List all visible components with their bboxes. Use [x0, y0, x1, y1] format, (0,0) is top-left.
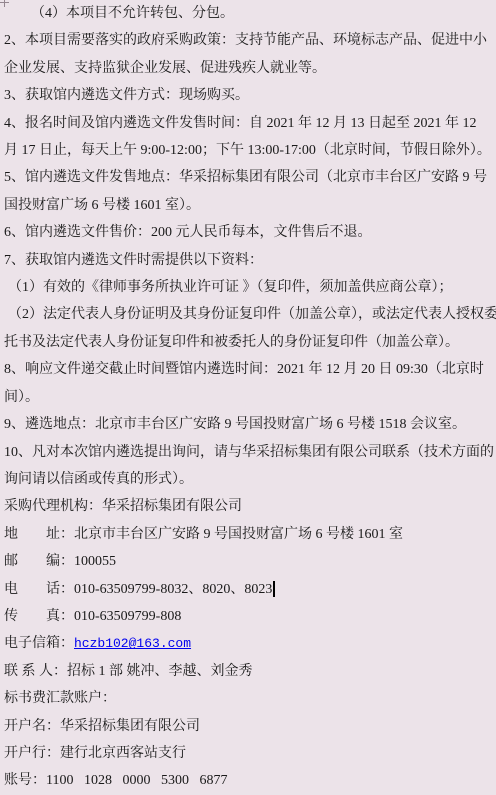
document-page: （4）本项目不允许转包、分包。2、本项目需要落实的政府采购政策：支持节能产品、环… — [0, 0, 496, 795]
line-text: 询问请以信函或传真的形式）。 — [4, 472, 193, 487]
line-text: 月 17 日止，每天上午 9:00-12:00；下午 13:00-17:00（北… — [4, 143, 491, 158]
line-text: 开户名：华采招标集团有限公司 — [4, 719, 200, 734]
text-line: 间）。 — [4, 384, 496, 411]
line-text: 4、报名时间及馆内遴选文件发售时间：自 2021 年 12 月 13 日起至 2… — [4, 116, 477, 131]
text-line: 采购代理机构：华采招标集团有限公司 — [4, 493, 496, 520]
line-text: 间）。 — [4, 390, 39, 405]
text-line: 账号：1100 1028 0000 5300 6877 — [4, 767, 496, 794]
line-text: （2）法定代表人身份证明及其身份证复印件（加盖公章），或法定代表人授权委 — [8, 307, 496, 322]
text-line: （4）本项目不允许转包、分包。 — [4, 0, 496, 27]
line-text: 8、响应文件递交截止时间暨馆内遴选时间：2021 年 12 月 20 日 09:… — [4, 362, 484, 377]
text-line: 月 17 日止，每天上午 9:00-12:00；下午 13:00-17:00（北… — [4, 137, 496, 164]
line-text: 9、遴选地点：北京市丰台区广安路 9 号国投财富广场 6 号楼 1518 会议室… — [4, 417, 466, 432]
text-line: （2）法定代表人身份证明及其身份证复印件（加盖公章），或法定代表人授权委 — [4, 301, 496, 328]
text-line: 邮 编：100055 — [4, 548, 496, 575]
text-line: 10、凡对本次馆内遴选提出询问，请与华采招标集团有限公司联系（技术方面的 — [4, 439, 496, 466]
text-line: 7、获取馆内遴选文件时需提供以下资料： — [4, 247, 496, 274]
text-line: 9、遴选地点：北京市丰台区广安路 9 号国投财富广场 6 号楼 1518 会议室… — [4, 411, 496, 438]
line-text: 联 系 人：招标 1 部 姚冲、李越、刘金秀 — [4, 664, 253, 679]
line-text: 3、获取馆内遴选文件方式：现场购买。 — [4, 88, 249, 103]
text-line: 开户行：建行北京西客站支行 — [4, 740, 496, 767]
line-text: （4）本项目不允许转包、分包。 — [31, 6, 234, 21]
line-text: 托书及法定代表人身份证复印件和被委托人的身份证复印件（加盖公章）。 — [4, 335, 459, 350]
document-body[interactable]: （4）本项目不允许转包、分包。2、本项目需要落实的政府采购政策：支持节能产品、环… — [4, 0, 496, 795]
line-text: 采购代理机构：华采招标集团有限公司 — [4, 499, 242, 514]
text-line: 4、报名时间及馆内遴选文件发售时间：自 2021 年 12 月 13 日起至 2… — [4, 110, 496, 137]
text-line: 国投财富广场 6 号楼 1601 室）。 — [4, 192, 496, 219]
text-line: 托书及法定代表人身份证复印件和被委托人的身份证复印件（加盖公章）。 — [4, 329, 496, 356]
text-line: 标书费汇款账户： — [4, 685, 496, 712]
text-line: 8、响应文件递交截止时间暨馆内遴选时间：2021 年 12 月 20 日 09:… — [4, 356, 496, 383]
text-line: 电 话：010-63509799-8032、8020、8023 — [4, 576, 496, 603]
line-text: 电子信箱： — [4, 636, 74, 651]
line-text: 电 话：010-63509799-8032、8020、8023 — [4, 582, 272, 597]
line-text: 账号：1100 1028 0000 5300 6877 — [4, 773, 227, 788]
line-text: 邮 编：100055 — [4, 554, 116, 569]
line-text: 国投财富广场 6 号楼 1601 室）。 — [4, 198, 200, 213]
line-text: 地 址：北京市丰台区广安路 9 号国投财富广场 6 号楼 1601 室 — [4, 527, 403, 542]
text-line: 开户名：华采招标集团有限公司 — [4, 713, 496, 740]
line-text: 企业发展、支持监狱企业发展、促进残疾人就业等。 — [4, 61, 326, 76]
text-line: 电子信箱：hczb102@163.com — [4, 630, 496, 657]
text-line: 询问请以信函或传真的形式）。 — [4, 466, 496, 493]
text-line: 地 址：北京市丰台区广安路 9 号国投财富广场 6 号楼 1601 室 — [4, 521, 496, 548]
line-text: 2、本项目需要落实的政府采购政策：支持节能产品、环境标志产品、促进中小 — [4, 33, 487, 48]
text-line: 传 真：010-63509799-808 — [4, 603, 496, 630]
text-line: 6、馆内遴选文件售价：200 元人民币每本，文件售后不退。 — [4, 219, 496, 246]
text-line: 2、本项目需要落实的政府采购政策：支持节能产品、环境标志产品、促进中小 — [4, 27, 496, 54]
email-link[interactable]: hczb102@163.com — [74, 636, 191, 651]
text-line: 5、馆内遴选文件发售地点：华采招标集团有限公司（北京市丰台区广安路 9 号 — [4, 164, 496, 191]
text-cursor — [273, 581, 275, 597]
line-text: 6、馆内遴选文件售价：200 元人民币每本，文件售后不退。 — [4, 225, 372, 240]
line-text: 7、获取馆内遴选文件时需提供以下资料： — [4, 253, 263, 268]
text-line: 联 系 人：招标 1 部 姚冲、李越、刘金秀 — [4, 658, 496, 685]
line-text: 10、凡对本次馆内遴选提出询问，请与华采招标集团有限公司联系（技术方面的 — [4, 445, 494, 460]
line-text: 传 真：010-63509799-808 — [4, 609, 181, 624]
text-line: 3、获取馆内遴选文件方式：现场购买。 — [4, 82, 496, 109]
line-text: （1）有效的《律师事务所执业许可证 》（复印件，须加盖供应商公章）； — [8, 280, 453, 295]
line-text: 开户行：建行北京西客站支行 — [4, 746, 186, 761]
text-line: 企业发展、支持监狱企业发展、促进残疾人就业等。 — [4, 55, 496, 82]
line-text: 5、馆内遴选文件发售地点：华采招标集团有限公司（北京市丰台区广安路 9 号 — [4, 170, 487, 185]
line-text: 标书费汇款账户： — [4, 691, 116, 706]
text-line: （1）有效的《律师事务所执业许可证 》（复印件，须加盖供应商公章）； — [4, 274, 496, 301]
